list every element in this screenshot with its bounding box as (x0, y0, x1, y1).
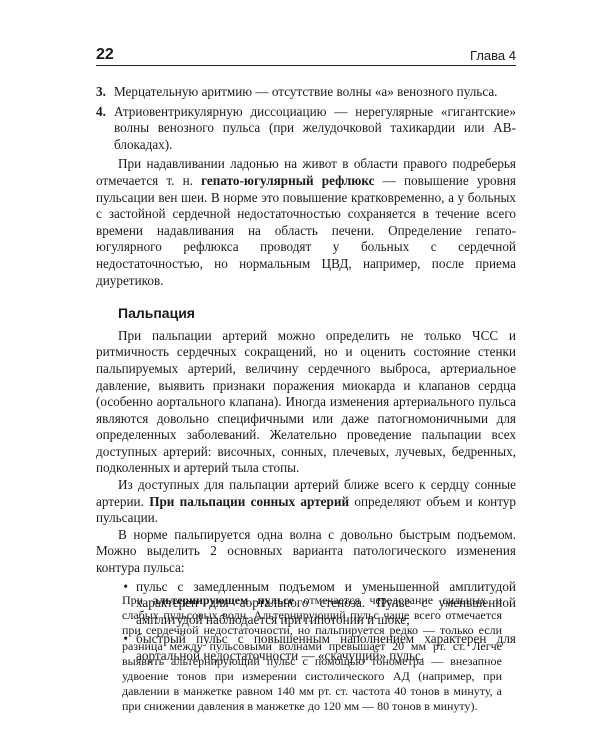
paragraph-pulse-contour: В норме пальпируется одна волна с доволь… (96, 527, 516, 577)
note-box: При альтернирующем пульсе отмечается чер… (122, 593, 502, 715)
page-number: 22 (96, 46, 114, 64)
item-number: 4. (96, 104, 114, 154)
running-header: 22 Глава 4 (96, 45, 516, 66)
item-number: 3. (96, 84, 114, 101)
bold-term: гепато-югулярный рефлюкс (201, 173, 374, 188)
book-page: 22 Глава 4 3. Мерцательную аритмию — отс… (0, 0, 600, 750)
text-run: отмечается чередование сильных и слабых … (122, 593, 502, 713)
paragraph-palpation: При пальпации артерий можно определить н… (96, 328, 516, 477)
main-text: 3. Мерцательную аритмию — отсутствие вол… (96, 84, 516, 668)
bold-term: альтернирующем пульсе (152, 593, 294, 607)
item-text: Мерцательную аритмию — отсутствие волны … (114, 84, 516, 101)
bold-term: При пальпации сонных артерий (149, 494, 349, 509)
item-text: Атриовентрикулярную диссоциацию — нерегу… (114, 104, 516, 154)
numbered-item: 3. Мерцательную аритмию — отсутствие вол… (96, 84, 516, 101)
chapter-title: Глава 4 (470, 48, 516, 63)
text-run: При (122, 593, 152, 607)
section-heading: Пальпация (118, 305, 516, 322)
numbered-item: 4. Атриовентрикулярную диссоциацию — нер… (96, 104, 516, 154)
note-paragraph: При альтернирующем пульсе отмечается чер… (122, 593, 502, 715)
text-run: — повышение уровня пульсации вен шеи. В … (96, 173, 516, 288)
paragraph-carotid: Из доступных для пальпации артерий ближе… (96, 477, 516, 527)
paragraph-hepatojugular-reflux: При надавливании ладонью на живот в обла… (96, 156, 516, 289)
